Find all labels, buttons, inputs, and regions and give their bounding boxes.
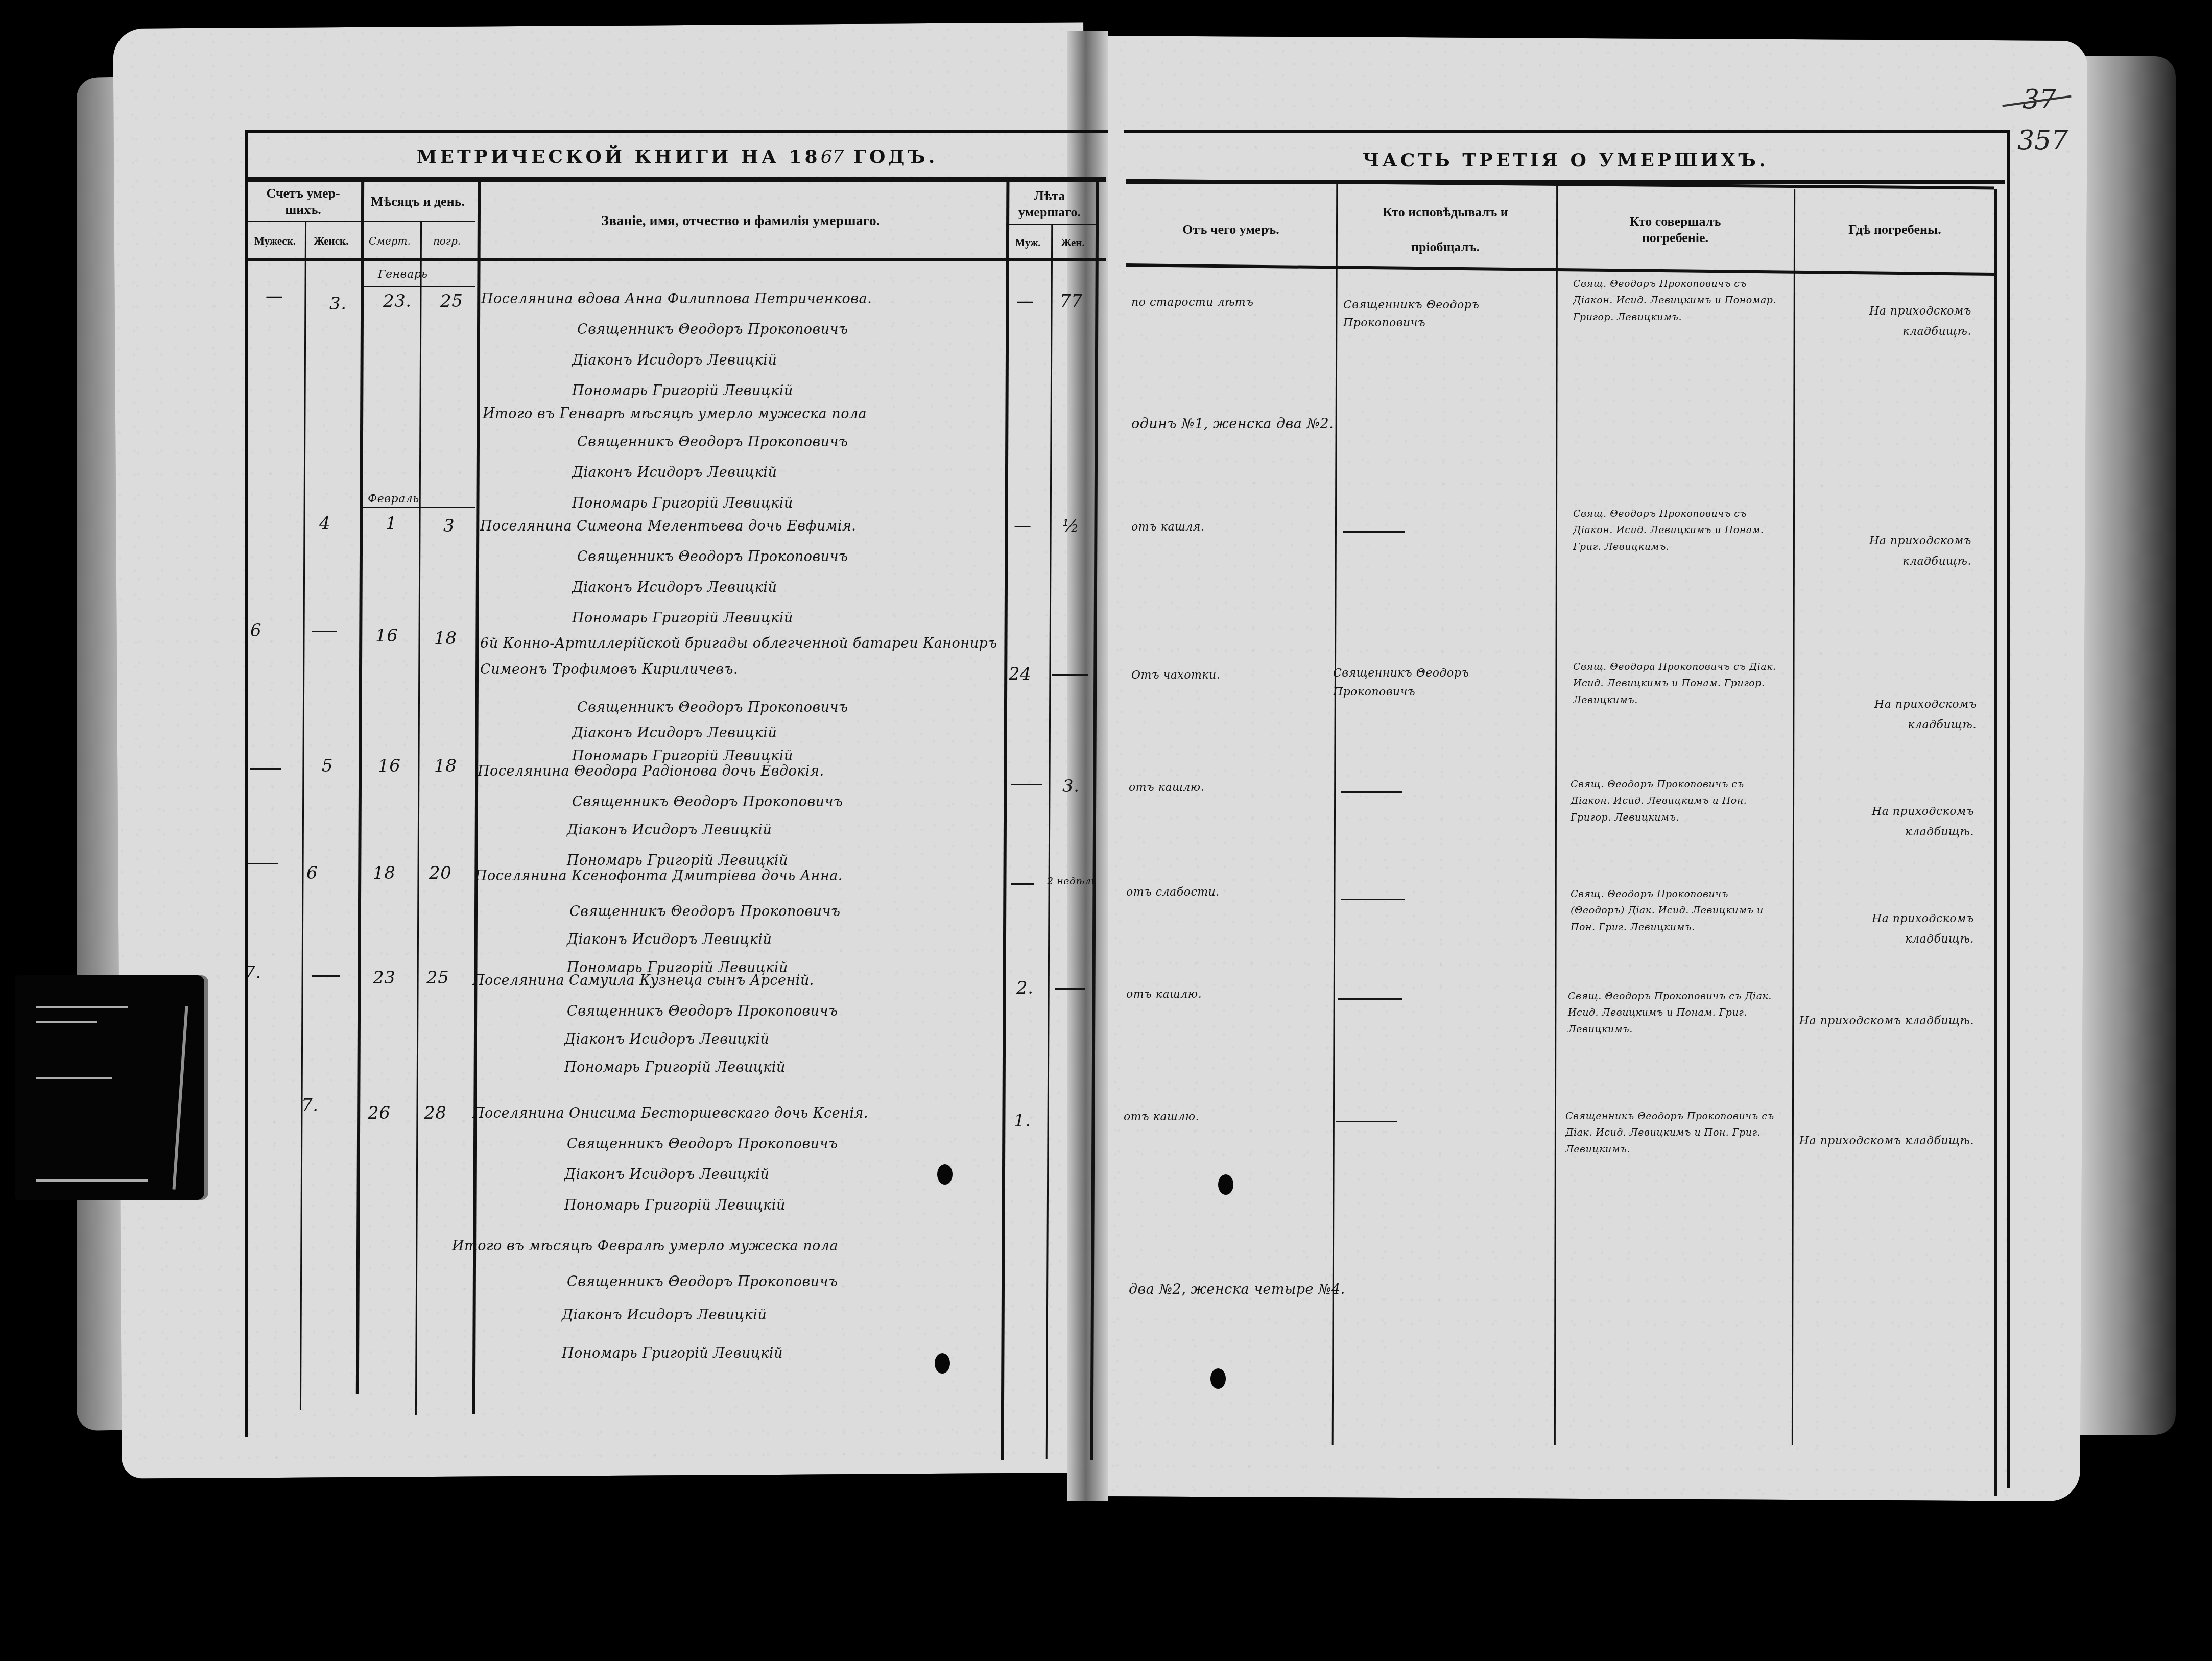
- signature-sexton: Пономарь Григорій Левицкій: [564, 1197, 786, 1213]
- entry-burial-day: 25: [440, 291, 463, 311]
- entry-female-no: 3.: [329, 294, 346, 314]
- rule: [362, 286, 475, 287]
- entry-male-no: —: [266, 286, 283, 306]
- header-age: Лѣта умершаго.: [1006, 184, 1093, 225]
- entry-name: Поселянина Симеона Мелентьева дочь Евфим…: [480, 518, 998, 534]
- signature-deacon: Діаконъ Исидоръ Левицкій: [564, 1167, 769, 1183]
- signature-priest: Священникъ Θеодоръ Прокоповичъ: [567, 1136, 838, 1152]
- signature-priest: Священникъ Θеодоръ Прокоповичъ: [577, 549, 848, 565]
- month-label-february: Февраль: [368, 493, 419, 505]
- entry-burial-day: 18: [434, 756, 457, 776]
- signature-priest: Священникъ Θеодоръ Прокоповичъ: [577, 322, 848, 338]
- header-cause: Отъ чего умеръ.: [1129, 189, 1333, 271]
- signature-sexton: Пономарь Григорій Левицкій: [572, 748, 793, 764]
- entry-age-female: 77: [1060, 291, 1082, 311]
- page-stack-right-edge: [2074, 56, 2176, 1435]
- entry-female-no: 6: [306, 863, 318, 883]
- binding-hole: [937, 1164, 953, 1185]
- signature-deacon: Діаконъ Исидоръ Левицкій: [572, 725, 777, 741]
- total-january-left: Итого въ Генварѣ мѣсяцѣ умерло мужеска п…: [483, 406, 1060, 422]
- binder-clip-icon: [15, 975, 204, 1200]
- signature-sexton: Пономарь Григорій Левицкій: [567, 853, 788, 869]
- header-officiant: Кто совершалъ погребеніе.: [1558, 189, 1793, 271]
- entry-male-no-dash: [250, 768, 281, 770]
- entry-name: Поселянина Онисима Бесторшевскаго дочь К…: [472, 1105, 998, 1121]
- header-count-male: Мужеск.: [248, 225, 302, 258]
- entry-burial-day: 3: [443, 516, 455, 536]
- header-age-male: Муж.: [1006, 227, 1050, 258]
- header-date: Мѣсяцъ и день.: [362, 184, 474, 220]
- header-burial-place: Гдѣ погребены.: [1798, 189, 1992, 271]
- entry-age-female-dash: [1052, 674, 1088, 676]
- signature-deacon: Діаконъ Исидоръ Левицкій: [562, 1307, 767, 1323]
- entry-age-female: 3.: [1062, 776, 1079, 797]
- total-february-left: Итого въ мѣсяцѣ Февралѣ умерло мужеска п…: [452, 1238, 1060, 1254]
- header-date-death: Смерт.: [362, 225, 418, 258]
- header-date-burial: погр.: [419, 225, 475, 258]
- entry-burial-day: 28: [424, 1103, 446, 1123]
- entry-female-no: 4: [319, 513, 330, 534]
- signature-sexton: Пономарь Григорій Левицкій: [564, 1060, 786, 1075]
- title-year: 67: [821, 147, 844, 167]
- right-page-title: ЧАСТЬ ТРЕТІЯ О УМЕРШИХЪ.: [1126, 140, 2005, 184]
- entry-age-male-dash: [1011, 883, 1034, 885]
- entry-female-no-dash: [312, 631, 337, 632]
- entry-male-no: 7.: [244, 962, 261, 983]
- header-confessor: Кто исповѣдывалъ и пріобщалъ.: [1338, 189, 1553, 271]
- entry-age-male: 2.: [1016, 978, 1033, 998]
- right-table-frame: [1124, 130, 2010, 1488]
- header-count-female: Женск.: [304, 225, 358, 258]
- entry-female-no: 7.: [301, 1095, 318, 1116]
- entry-male-no-dash: [248, 863, 278, 864]
- page-number-struck: 37: [2023, 84, 2056, 115]
- page-number: 357: [2017, 125, 2068, 156]
- entry-age-male: —: [1014, 516, 1032, 536]
- entry-male-no: 6: [250, 620, 261, 641]
- signature-deacon: Діаконъ Исидоръ Левицкій: [572, 580, 777, 595]
- entry-female-no: 5: [322, 756, 333, 776]
- entry-burial-day: 20: [429, 863, 451, 883]
- title-suffix: ГОДЪ.: [853, 146, 938, 167]
- title-printed: МЕТРИЧЕСКОЙ КНИГИ НА 18: [417, 146, 821, 167]
- entry-age-female-dash: [1055, 988, 1085, 990]
- entry-age-male: 24: [1009, 664, 1031, 684]
- rule: [248, 179, 1106, 182]
- header-count: Счетъ умер- шихъ.: [248, 184, 358, 220]
- entry-name: Поселянина вдова Анна Филиппова Петричен…: [481, 291, 1000, 307]
- register-book-spread: 37 357 МЕТРИЧЕСКОЙ КНИГИ НА 1867 ГОДЪ. С…: [0, 0, 2212, 1661]
- signature-sexton: Пономарь Григорій Левицкій: [562, 1345, 783, 1361]
- signature-priest: Священникъ Θеодоръ Прокоповичъ: [567, 1003, 838, 1019]
- header-age-female: Жен.: [1051, 227, 1095, 258]
- signature-deacon: Діаконъ Исидоръ Левицкій: [572, 465, 777, 480]
- entry-death-day: 23: [373, 968, 395, 988]
- entry-name: Поселянина Ксенофонта Дмитріева дочь Анн…: [475, 868, 996, 884]
- entry-death-day: 23.: [383, 291, 412, 311]
- entry-name: Поселянина Самуила Кузнеца сынъ Арсеній.: [472, 973, 993, 989]
- entry-burial-day: 18: [434, 628, 457, 648]
- signature-deacon: Діаконъ Исидоръ Левицкій: [567, 932, 772, 948]
- entry-age-female: 1.: [1014, 1111, 1031, 1131]
- entry-name: 6й Конно-Артиллерійской бригады облегчен…: [480, 631, 1001, 683]
- signature-deacon: Діаконъ Исидоръ Левицкій: [567, 822, 772, 838]
- signature-deacon: Діаконъ Исидоръ Левицкій: [564, 1031, 769, 1047]
- entry-name: Поселянина Θеодора Радіонова дочь Евдокі…: [478, 763, 998, 779]
- entry-death-day: 26: [368, 1103, 390, 1123]
- entry-death-day: 16: [378, 756, 400, 776]
- signature-priest: Священникъ Θеодоръ Прокоповичъ: [577, 434, 848, 450]
- signature-priest: Священникъ Θеодоръ Прокоповичъ: [572, 794, 843, 810]
- entry-death-day: 16: [375, 625, 398, 646]
- signature-deacon: Діаконъ Исидоръ Левицкій: [572, 352, 777, 368]
- entry-age-female: ½: [1062, 516, 1079, 536]
- signature-priest: Священникъ Θеодоръ Прокоповичъ: [569, 904, 841, 920]
- entry-age-male-dash: [1011, 784, 1042, 785]
- entry-age-male: —: [1016, 291, 1034, 311]
- entry-burial-day: 25: [426, 968, 449, 988]
- left-page-title: МЕТРИЧЕСКОЙ КНИГИ НА 1867 ГОДЪ.: [248, 137, 1106, 180]
- signature-sexton: Пономарь Григорій Левицкій: [572, 383, 793, 399]
- month-label-january: Генварь: [378, 268, 428, 281]
- rule: [1994, 189, 1997, 1496]
- rule: [360, 507, 475, 508]
- signature-sexton: Пономарь Григорій Левицкій: [572, 610, 793, 626]
- signature-priest: Священникъ Θеодоръ Прокоповичъ: [577, 700, 848, 715]
- entry-age-female: 2 недѣли: [1047, 876, 1093, 887]
- entry-death-day: 1: [386, 513, 397, 534]
- signature-priest: Священникъ Θеодоръ Прокоповичъ: [567, 1274, 838, 1290]
- entry-female-no-dash: [312, 975, 340, 977]
- rule: [248, 258, 1106, 261]
- header-name: Званіе, имя, отчество и фамилія умершаго…: [478, 184, 1004, 258]
- signature-sexton: Пономарь Григорій Левицкій: [572, 495, 793, 511]
- entry-death-day: 18: [373, 863, 395, 883]
- binding-hole: [935, 1353, 950, 1374]
